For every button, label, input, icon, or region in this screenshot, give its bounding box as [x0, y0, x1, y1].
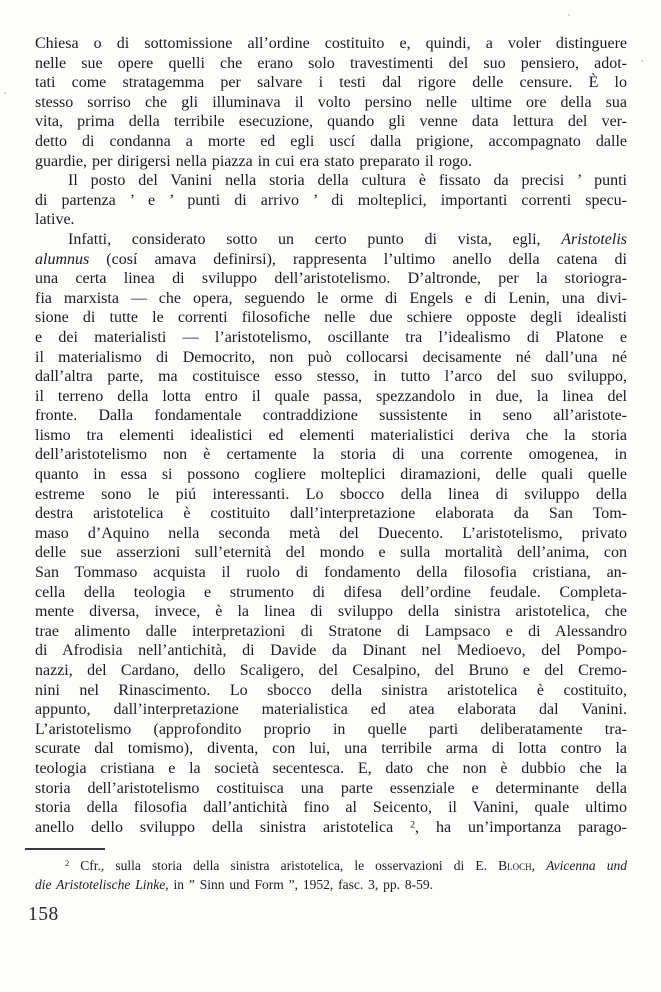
text-run: anello dello sviluppo della sinistra ari…	[35, 819, 410, 836]
text-run: una certa linea di sviluppo dell’aristot…	[35, 270, 627, 287]
text-line: nelle sue opere quelli che erano solo tr…	[35, 54, 627, 74]
text-run: Infatti, considerato sotto un certo punt…	[68, 231, 561, 248]
text-run: sione di tutte le correnti filosofiche n…	[35, 309, 627, 326]
text-run: Il posto del Vanini nella storia della c…	[68, 172, 627, 189]
text-run: tati come stratagemma per salvare i test…	[35, 74, 627, 91]
scan-speck	[4, 92, 6, 94]
text-run: San Tommaso acquista il ruolo di fondame…	[35, 564, 627, 581]
paragraph-aristotelism-development: Infatti, considerato sotto un certo punt…	[35, 230, 627, 837]
text-run: destra aristotelica è costituito dall’in…	[35, 505, 627, 522]
text-run: (cosí amava definirsi), rappresenta l’ul…	[89, 251, 627, 268]
text-line: dell’aristotelismo non è certamente la s…	[35, 445, 627, 465]
text-run: dall’altra parte, ma costituisce esso st…	[35, 368, 627, 385]
text-run: di partenza ’ e ’ punti di arrivo ’ di m…	[35, 192, 627, 209]
text-run: guardie, per dirigersi nella piazza in c…	[35, 153, 472, 170]
text-run: il materialismo di Democrito, non può co…	[35, 349, 627, 366]
text-line: die Aristotelische Linke, in ” Sinn und …	[35, 875, 627, 894]
text-line: storia dell’aristotelismo costituisca un…	[35, 779, 627, 799]
text-run: ,	[532, 858, 547, 873]
text-line: alumnus (cosí amava definirsi), rapprese…	[35, 250, 627, 270]
book-page: Chiesa o di sottomissione all’ordine cos…	[0, 0, 661, 992]
text-run: , ha un’importanza parago-	[415, 819, 627, 836]
paragraph-church-submission: Chiesa o di sottomissione all’ordine cos…	[35, 34, 627, 171]
text-run: stesso sorriso che gli illuminava il vol…	[35, 94, 627, 111]
text-line: il terreno della lotta entro il quale pa…	[35, 387, 627, 407]
text-run: cella della teologia e strumento di dife…	[35, 584, 627, 601]
text-line: Chiesa o di sottomissione all’ordine cos…	[35, 34, 627, 54]
text-run: maso d’Aquino nella seconda metà del Due…	[35, 525, 627, 542]
text-line: sione di tutte le correnti filosofiche n…	[35, 308, 627, 328]
text-line: guardie, per dirigersi nella piazza in c…	[35, 152, 627, 172]
text-run: vita, prima della terribile esecuzione, …	[35, 113, 627, 130]
text-line: Infatti, considerato sotto un certo punt…	[35, 230, 627, 250]
smallcaps-text-run: Bloch	[498, 858, 532, 873]
text-line: storia della filosofia dall’antichità fi…	[35, 798, 627, 818]
text-line: delle sue asserzioni sull’eternità del m…	[35, 543, 627, 563]
text-line: di Afrodisia nell’antichità, di Davide d…	[35, 641, 627, 661]
text-line: nazzi, del Cardano, dello Scaligero, del…	[35, 661, 627, 681]
text-run: storia dell’aristotelismo costituisca un…	[35, 780, 627, 797]
text-line: trae alimento dalle interpretazioni di S…	[35, 622, 627, 642]
text-run: il terreno della lotta entro il quale pa…	[35, 388, 627, 405]
text-line: 2 Cfr., sulla storia della sinistra aris…	[35, 856, 627, 875]
text-line: e dei materialisti — l’aristotelismo, os…	[35, 328, 627, 348]
text-run: scurate dal tomismo), diventa, con lui, …	[35, 740, 627, 757]
text-line: stesso sorriso che gli illuminava il vol…	[35, 93, 627, 113]
text-line: Il posto del Vanini nella storia della c…	[35, 171, 627, 191]
page-number: 158	[28, 904, 59, 926]
text-run: nini nel Rinascimento. Lo sbocco della s…	[35, 682, 627, 699]
text-run: teologia cristiana e la società secentes…	[35, 760, 627, 777]
paragraph-vanini-position: Il posto del Vanini nella storia della c…	[35, 171, 627, 230]
text-run: Cfr., sulla storia della sinistra aristo…	[69, 858, 498, 873]
text-run: L’aristotelismo (approfondito proprio in…	[35, 721, 627, 738]
text-run: quanto in essa si possono cogliere molte…	[35, 466, 627, 483]
footnote: 2 Cfr., sulla storia della sinistra aris…	[35, 856, 627, 894]
text-line: L’aristotelismo (approfondito proprio in…	[35, 720, 627, 740]
text-run: di Afrodisia nell’antichità, di Davide d…	[35, 642, 627, 659]
scan-speck	[568, 14, 570, 16]
text-line: vita, prima della terribile esecuzione, …	[35, 112, 627, 132]
text-line: anello dello sviluppo della sinistra ari…	[35, 818, 627, 838]
text-run: mente diversa, invece, è la linea di svi…	[35, 603, 627, 620]
text-run: lismo tra elementi idealistici ed elemen…	[35, 427, 627, 444]
text-run: fia marxista — che opera, seguendo le or…	[35, 290, 627, 307]
text-line: di partenza ’ e ’ punti di arrivo ’ di m…	[35, 191, 627, 211]
text-run: trae alimento dalle interpretazioni di S…	[35, 623, 627, 640]
text-line: fia marxista — che opera, seguendo le or…	[35, 289, 627, 309]
text-line: tati come stratagemma per salvare i test…	[35, 73, 627, 93]
text-run: appunto, dall’interpretazione materialis…	[35, 701, 627, 718]
text-run: storia della filosofia dall’antichità fi…	[35, 799, 627, 816]
text-line: nini nel Rinascimento. Lo sbocco della s…	[35, 681, 627, 701]
text-run: Chiesa o di sottomissione all’ordine cos…	[35, 35, 627, 52]
text-line: maso d’Aquino nella seconda metà del Due…	[35, 524, 627, 544]
text-line: dall’altra parte, ma costituisce esso st…	[35, 367, 627, 387]
text-line: scurate dal tomismo), diventa, con lui, …	[35, 739, 627, 759]
text-run: e dei materialisti — l’aristotelismo, os…	[35, 329, 627, 346]
text-line: estreme sono le piú interessanti. Lo sbo…	[35, 485, 627, 505]
text-line: cella della teologia e strumento di dife…	[35, 583, 627, 603]
text-run: , in ” Sinn und Form ”, 1952, fasc. 3, p…	[165, 877, 433, 892]
text-run: nazzi, del Cardano, dello Scaligero, del…	[35, 662, 627, 679]
text-run: fronte. Dalla fondamentale contraddizion…	[35, 407, 627, 424]
scan-speck	[641, 60, 643, 62]
text-line: quanto in essa si possono cogliere molte…	[35, 465, 627, 485]
text-line: San Tommaso acquista il ruolo di fondame…	[35, 563, 627, 583]
italic-text-run: Aristotelis	[561, 231, 627, 248]
text-run: detto di condanna a morte ed egli uscí d…	[35, 133, 627, 150]
footnote-separator	[25, 848, 105, 850]
text-line: detto di condanna a morte ed egli uscí d…	[35, 132, 627, 152]
text-line: il materialismo di Democrito, non può co…	[35, 348, 627, 368]
text-line: una certa linea di sviluppo dell’aristot…	[35, 269, 627, 289]
text-line: fronte. Dalla fondamentale contraddizion…	[35, 406, 627, 426]
italic-text-run: alumnus	[35, 251, 89, 268]
text-line: lismo tra elementi idealistici ed elemen…	[35, 426, 627, 446]
text-run: delle sue asserzioni sull’eternità del m…	[35, 544, 627, 561]
text-run: nelle sue opere quelli che erano solo tr…	[35, 55, 627, 72]
text-line: teologia cristiana e la società secentes…	[35, 759, 627, 779]
body-text: Chiesa o di sottomissione all’ordine cos…	[35, 34, 627, 894]
italic-text-run: Avicenna und	[546, 858, 627, 873]
text-line: mente diversa, invece, è la linea di svi…	[35, 602, 627, 622]
text-line: lative.	[35, 210, 627, 230]
text-line: destra aristotelica è costituito dall’in…	[35, 504, 627, 524]
text-line: appunto, dall’interpretazione materialis…	[35, 700, 627, 720]
italic-text-run: die Aristotelische Linke	[35, 877, 165, 892]
text-run: estreme sono le piú interessanti. Lo sbo…	[35, 486, 627, 503]
text-run: dell’aristotelismo non è certamente la s…	[35, 446, 627, 463]
text-run: lative.	[35, 211, 75, 228]
